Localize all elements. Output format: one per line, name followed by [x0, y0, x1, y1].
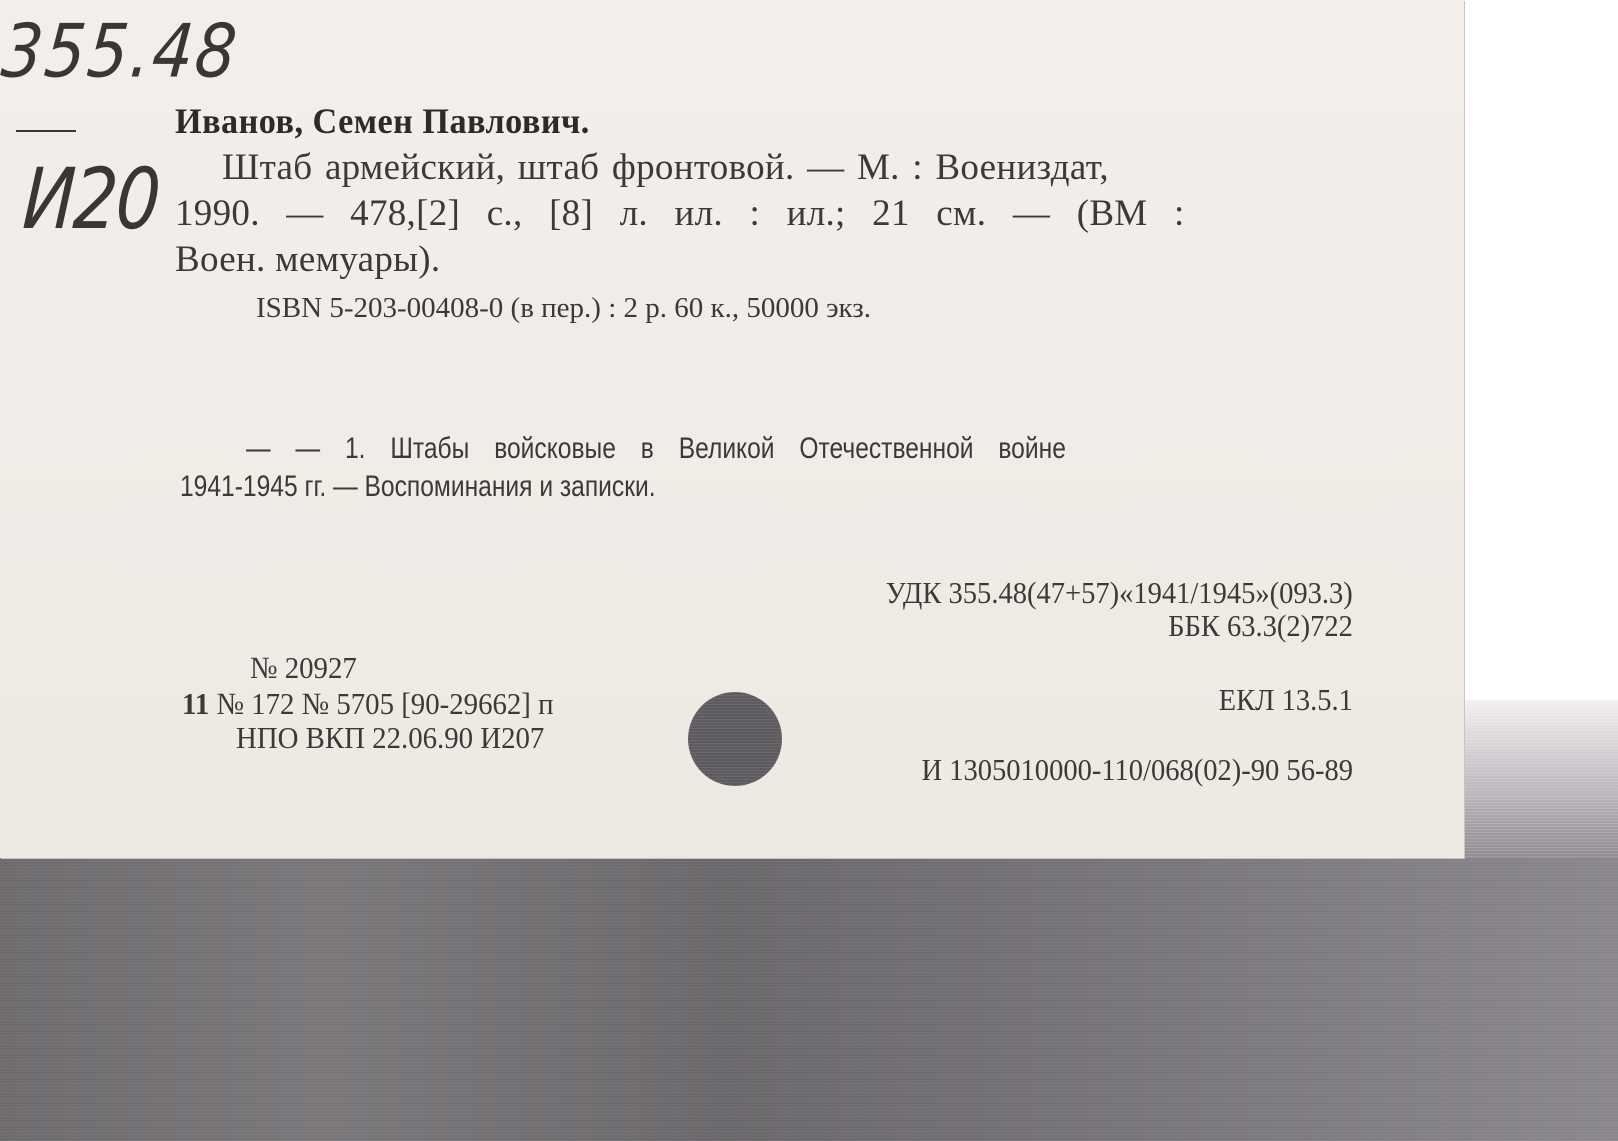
handwritten-author-mark: И20	[20, 150, 161, 248]
order-line: 11 № 172 № 5705 [90-29662] п	[182, 686, 554, 722]
title-line-3: Воен. мемуары).	[175, 238, 440, 281]
udk-code: УДК 355.48(47+57)«1941/1945»(093.3)	[886, 575, 1353, 611]
isbn-line: ISBN 5-203-00408-0 (в пер.) : 2 р. 60 к.…	[256, 292, 871, 325]
title-line-2: 1990. — 478,[2] с., [8] л. ил. : ил.; 21…	[175, 192, 1185, 235]
subject-heading-line-1: — — 1. Штабы войсковые в Великой Отечест…	[246, 432, 1066, 466]
registration-number: № 20927	[250, 650, 357, 686]
printer-line: НПО ВКП 22.06.90 И207	[236, 720, 544, 756]
scan-background-edge	[1464, 700, 1618, 860]
library-catalog-card: 355.48 И20 Иванов, Семен Павлович. Штаб …	[0, 0, 1464, 858]
publisher-index: И 1305010000-110/068(02)-90 56-89	[922, 752, 1353, 788]
order-line-lead: 11	[182, 686, 209, 721]
punch-hole	[688, 692, 782, 786]
ekl-code: ЕКЛ 13.5.1	[1219, 682, 1353, 718]
handwritten-classification-number: 355.48	[0, 10, 242, 95]
scanner-background	[0, 858, 1618, 1141]
order-line-rest: № 172 № 5705 [90-29662] п	[209, 686, 553, 721]
bbk-code: ББК 63.3(2)722	[1168, 608, 1353, 644]
scan-background-white	[1464, 0, 1618, 700]
title-line-1: Штаб армейский, штаб фронтовой. — М. : В…	[222, 146, 1109, 189]
subject-heading-line-2: 1941-1945 гг. — Воспоминания и записки.	[180, 470, 656, 504]
author-heading: Иванов, Семен Павлович.	[175, 100, 590, 142]
handwritten-divider	[16, 130, 76, 132]
